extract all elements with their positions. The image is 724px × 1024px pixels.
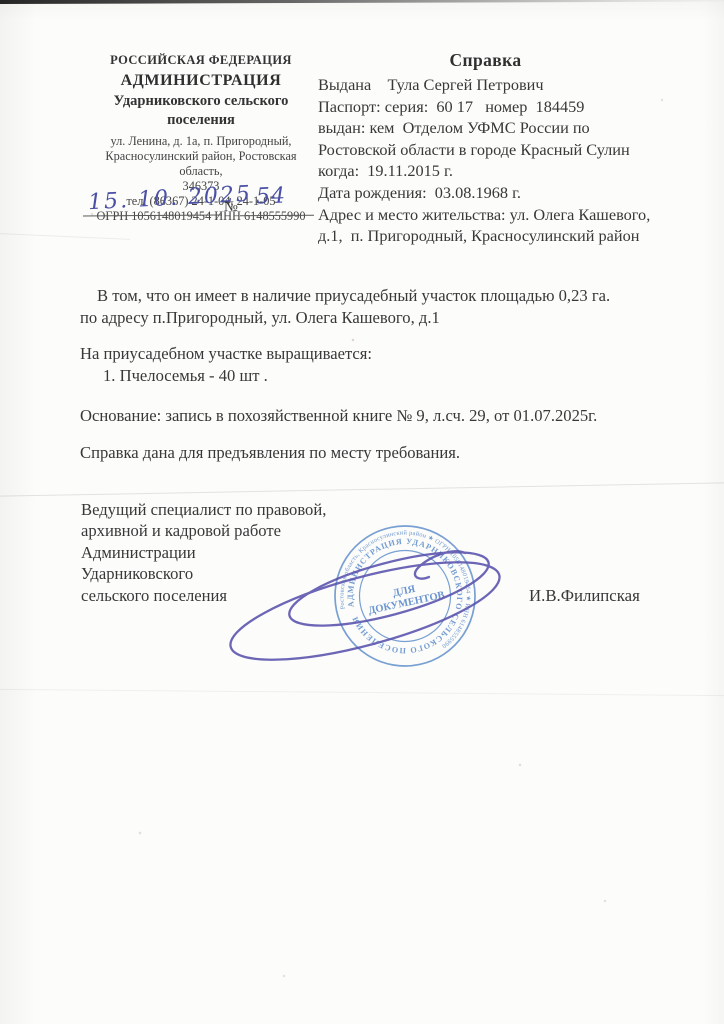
certificate-address-line: Адрес и место жительства: ул. Олега Каше…	[318, 204, 713, 226]
body-basis-line: Основание: запись в похозяйственной книг…	[80, 406, 597, 426]
body-statement-line: В том, что он имеет в наличие приусадебн…	[97, 286, 610, 306]
signature-position-line: Ведущий специалист по правовой,	[81, 499, 326, 520]
signature-autograph	[213, 533, 533, 683]
certificate-birth-date-line: Дата рождения: 03.08.1968 г.	[318, 182, 713, 204]
certificate-issuer-line: Ростовской области в городе Красный Сули…	[318, 139, 713, 161]
paper-speckles	[0, 0, 2, 2]
letterhead-address: Красносулинский район, Ростовская област…	[85, 149, 317, 179]
certificate-address-line: д.1, п. Пригородный, Красносулинский рай…	[318, 225, 713, 247]
body-crops-intro: На приусадебном участке выращивается:	[80, 344, 372, 364]
letterhead-org-name: Ударниковского сельского	[85, 92, 317, 111]
registration-number-sign: №	[224, 199, 238, 216]
handwritten-number: 54	[256, 183, 287, 209]
certificate-issue-date-line: когда: 19.11.2015 г.	[318, 160, 713, 182]
letterhead-administration: АДМИНИСТРАЦИЯ	[85, 72, 317, 90]
signer-name: И.В.Филипская	[529, 586, 640, 606]
paper-crease	[0, 689, 724, 696]
body-purpose-line: Справка дана для предъявления по месту т…	[80, 443, 460, 463]
certificate-header: Справка Выдана Тула Сергей Петрович Пасп…	[318, 50, 713, 247]
document-page: РОССИЙСКАЯ ФЕДЕРАЦИЯ АДМИНИСТРАЦИЯ Ударн…	[0, 0, 724, 1024]
paper-crease	[0, 482, 724, 497]
certificate-title: Справка	[318, 50, 713, 71]
certificate-issued-to-line: Выдана Тула Сергей Петрович	[318, 74, 713, 96]
certificate-issuer-line: выдан: кем Отделом УФМС России по	[318, 117, 713, 139]
body-statement-line: по адресу п.Пригородный, ул. Олега Кашев…	[80, 308, 440, 328]
scan-top-edge-artifact	[0, 0, 724, 4]
body-crops-item: 1. Пчелосемья - 40 шт .	[103, 366, 268, 386]
certificate-passport-line: Паспорт: серия: 60 17 номер 184459	[318, 96, 713, 118]
autograph-loop	[222, 542, 508, 680]
letterhead-org-name: поселения	[85, 111, 317, 130]
letterhead-address: ул. Ленина, д. 1а, п. Пригородный,	[85, 134, 317, 149]
letterhead-country: РОССИЙСКАЯ ФЕДЕРАЦИЯ	[85, 53, 317, 68]
paper-crease	[0, 233, 130, 240]
